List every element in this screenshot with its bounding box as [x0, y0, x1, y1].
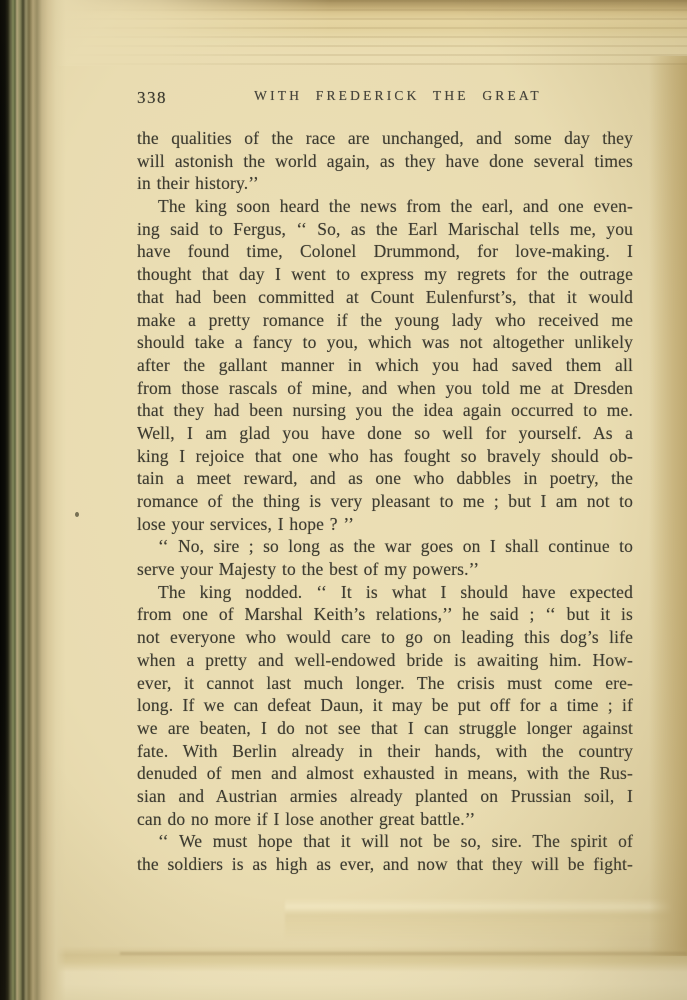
text-line: the soldiers is as high as ever, and now…	[137, 853, 633, 876]
text-line: that had been committed at Count Eulenfu…	[137, 286, 633, 309]
body-text: the qualities of the race are unchanged,…	[137, 127, 633, 876]
text-line: lose your services, I hope ? ’’	[137, 513, 633, 536]
text-line: ever, it cannot last much longer. The cr…	[137, 672, 633, 695]
text-line: Well, I am glad you have done so well fo…	[137, 422, 633, 445]
running-title: WITH FREDERICK THE GREAT	[137, 88, 633, 104]
text-line: sian and Austrian armies already planted…	[137, 785, 633, 808]
text-line: long. If we can defeat Daun, it may be p…	[137, 694, 633, 717]
text-line: after the gallant manner in which you ha…	[137, 354, 633, 377]
text-line: in their history.’’	[137, 172, 633, 195]
paper-streak	[285, 898, 679, 940]
text-line: will astonish the world again, as they h…	[137, 150, 633, 173]
text-line: can do no more if I lose another great b…	[137, 808, 633, 831]
text-line: romance of the thing is very pleasant to…	[137, 490, 633, 513]
bottom-page-edge	[0, 946, 687, 1000]
text-line: serve your Majesty to the best of my pow…	[137, 558, 633, 581]
text-line: make a pretty romance if the young lady …	[137, 309, 633, 332]
text-line: from one of Marshal Keith’s relations,’’…	[137, 603, 633, 626]
text-line: thought that day I went to express my re…	[137, 263, 633, 286]
text-line: that they had been nursing you the idea …	[137, 399, 633, 422]
page-number: 338	[137, 88, 167, 108]
text-line: when a pretty and well-endowed bride is …	[137, 649, 633, 672]
text-line: we are beaten, I do not see that I can s…	[137, 717, 633, 740]
text-line: not everyone who would care to go on lea…	[137, 626, 633, 649]
text-line: the qualities of the race are unchanged,…	[137, 127, 633, 150]
page-header: 338 WITH FREDERICK THE GREAT	[137, 88, 633, 110]
book-page-scan: 338 WITH FREDERICK THE GREAT the qualiti…	[0, 0, 687, 1000]
text-line: denuded of men and almost exhausted in m…	[137, 762, 633, 785]
paper-speck	[75, 512, 79, 517]
text-line: from those rascals of mine, and when you…	[137, 377, 633, 400]
book-binding-edge	[0, 0, 66, 1000]
text-line: ‘‘ We must hope that it will not be so, …	[137, 830, 633, 853]
text-line: The king soon heard the news from the ea…	[137, 195, 633, 218]
text-line: should take a fancy to you, which was no…	[137, 331, 633, 354]
right-page-edge	[649, 56, 687, 956]
text-line: fate. With Berlin already in their hands…	[137, 740, 633, 763]
text-line: have found time, Colonel Drummond, for l…	[137, 240, 633, 263]
text-line: ing said to Fergus, ‘‘ So, as the Earl M…	[137, 218, 633, 241]
text-line: The king nodded. ‘‘ It is what I should …	[137, 581, 633, 604]
page-content: 338 WITH FREDERICK THE GREAT the qualiti…	[137, 88, 633, 876]
text-line: ‘‘ No, sire ; so long as the war goes on…	[137, 535, 633, 558]
text-line: tain a meet reward, and as one who dabbl…	[137, 467, 633, 490]
text-line: king I rejoice that one who has fought s…	[137, 445, 633, 468]
top-page-edges	[0, 0, 687, 66]
